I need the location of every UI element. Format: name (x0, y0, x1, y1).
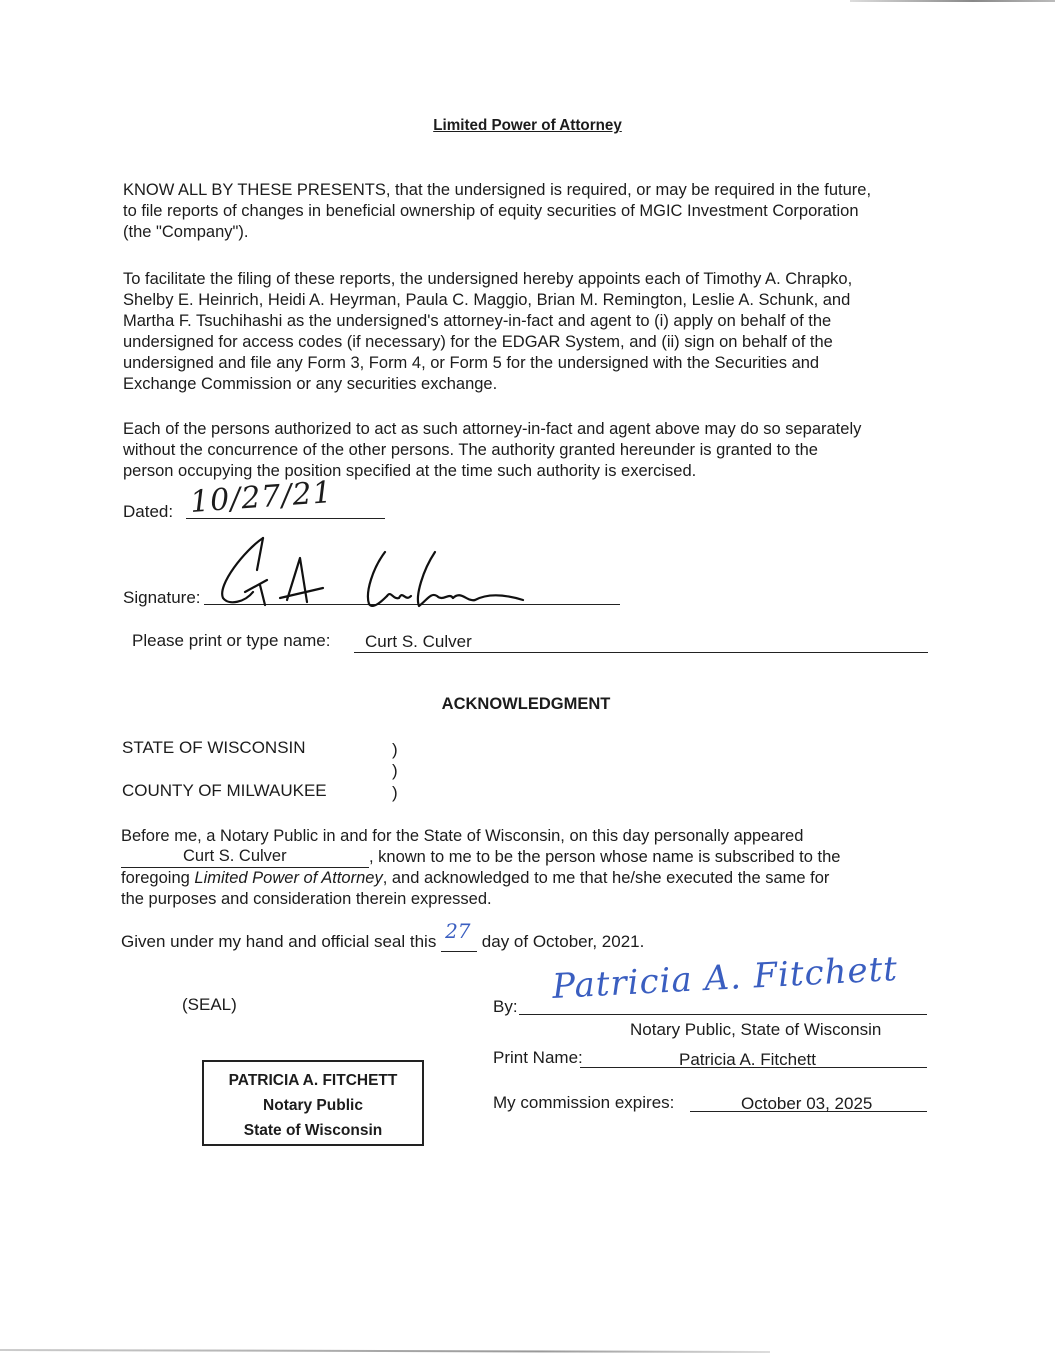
by-label: By: (493, 996, 518, 1017)
text-line: KNOW ALL BY THESE PRESENTS, that the und… (123, 180, 938, 201)
text-line: the purposes and consideration therein e… (121, 889, 936, 910)
text-line: Exchange Commission or any securities ex… (123, 374, 938, 395)
text-line: without the concurrence of the other per… (123, 440, 938, 461)
paren: ) (392, 782, 398, 803)
text-line: foregoing Limited Power of Attorney, and… (121, 868, 936, 889)
text-fragment: , and acknowledged to me that he/she exe… (383, 869, 830, 887)
state-label: STATE OF WISCONSIN (122, 737, 306, 758)
acknowledgment-body: Before me, a Notary Public in and for th… (121, 826, 936, 910)
print-name-label: Please print or type name: (132, 630, 330, 651)
notary-print-name-value: Patricia A. Fitchett (679, 1049, 816, 1070)
text-line: undersigned for access codes (if necessa… (123, 332, 938, 353)
paren: ) (392, 739, 398, 760)
seal-label: (SEAL) (182, 994, 237, 1015)
text-fragment: foregoing (121, 869, 194, 887)
document-title: Limited Power of Attorney (26, 117, 1028, 135)
given-day-handwritten: 27 (445, 921, 470, 942)
county-label: COUNTY OF MILWAUKEE (122, 780, 327, 801)
appeared-name-field: Curt S. Culver (121, 848, 369, 868)
appeared-name: Curt S. Culver (183, 846, 287, 867)
text-line: Each of the persons authorized to act as… (123, 419, 938, 440)
text-fragment: day of October, 2021. (482, 932, 645, 951)
text-fragment: Given under my hand and official seal th… (121, 932, 436, 951)
paren: ) (392, 760, 398, 781)
commission-label: My commission expires: (493, 1092, 674, 1113)
text-line: Curt S. Culver, known to me to be the pe… (121, 847, 936, 868)
print-name-value: Curt S. Culver (365, 631, 472, 652)
seal-name: PATRICIA A. FITCHETT (204, 1068, 422, 1093)
text-line: Martha F. Tsuchihashi as the undersigned… (123, 311, 938, 332)
notary-signature-line (519, 1014, 927, 1015)
text-line: Before me, a Notary Public in and for th… (121, 826, 936, 847)
document-reference: Limited Power of Attorney (194, 869, 382, 887)
dated-label: Dated: (123, 501, 173, 522)
text-fragment: , known to me to be the person whose nam… (369, 848, 840, 866)
scan-edge-bottom (0, 1349, 770, 1353)
notary-signature-handwritten: Patricia A. Fitchett (551, 949, 899, 1007)
text-line: to file reports of changes in beneficial… (123, 201, 938, 222)
text-line: undersigned and file any Form 3, Form 4,… (123, 353, 938, 374)
print-name-line (354, 652, 928, 653)
text-line: (the "Company"). (123, 222, 938, 243)
seal-state: State of Wisconsin (204, 1118, 422, 1143)
given-line: Given under my hand and official seal th… (121, 931, 644, 952)
text-line: person occupying the position specified … (123, 461, 938, 482)
paragraph-authority: Each of the persons authorized to act as… (123, 419, 938, 482)
text-line: To facilitate the filing of these report… (123, 269, 938, 290)
paragraph-intro: KNOW ALL BY THESE PRESENTS, that the und… (123, 180, 938, 243)
signature-handwritten (205, 530, 535, 615)
given-day-field: 27 (441, 933, 477, 952)
notary-print-name-label: Print Name: (493, 1047, 583, 1068)
acknowledgment-heading: ACKNOWLEDGMENT (0, 695, 1052, 714)
scan-edge-top (850, 0, 1055, 2)
notary-title: Notary Public, State of Wisconsin (630, 1019, 881, 1040)
text-line: Shelby E. Heinrich, Heidi A. Heyrman, Pa… (123, 290, 938, 311)
commission-value: October 03, 2025 (741, 1093, 872, 1114)
notary-seal-stamp: PATRICIA A. FITCHETT Notary Public State… (202, 1060, 424, 1146)
paragraph-appointment: To facilitate the filing of these report… (123, 269, 938, 395)
signature-label: Signature: (123, 587, 201, 608)
seal-title: Notary Public (204, 1093, 422, 1118)
